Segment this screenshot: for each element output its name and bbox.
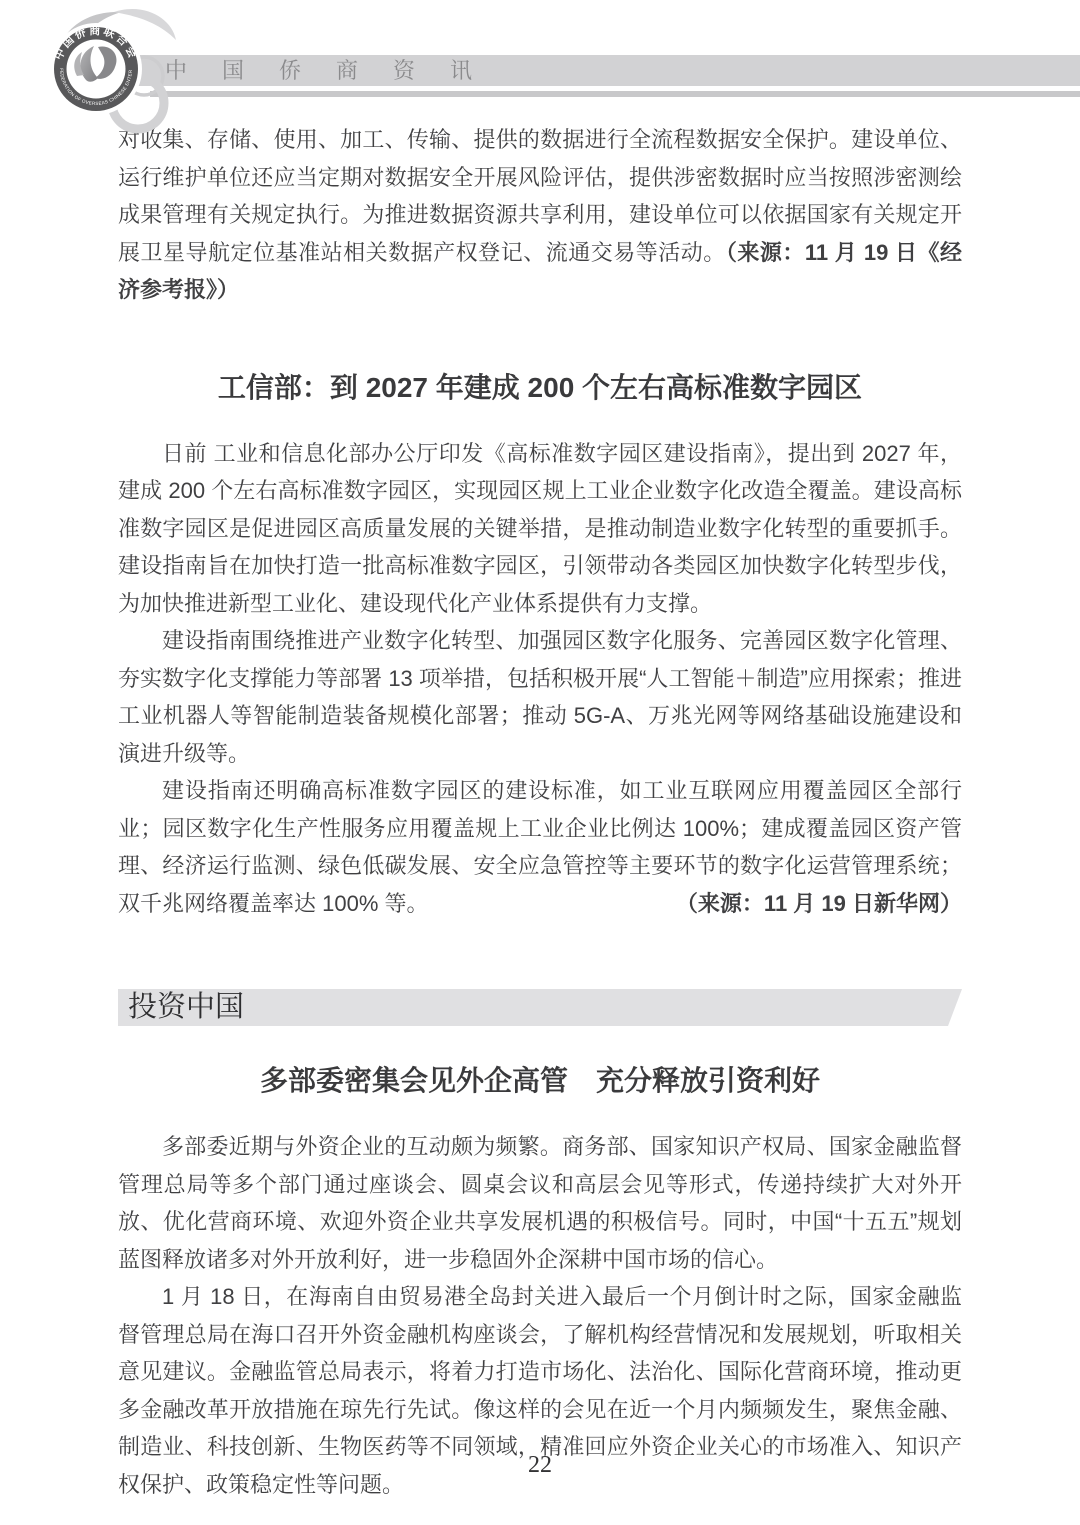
- miit-paragraph-2: 建设指南围绕推进产业数字化转型、加强园区数字化服务、完善园区数字化管理、夯实数字…: [118, 622, 962, 772]
- section-banner-invest-china: 投资中国: [118, 989, 962, 1026]
- miit-paragraph-1: 日前 工业和信息化部办公厅印发《高标准数字园区建设指南》，提出到 2027 年，…: [118, 435, 962, 623]
- document-page: 中国侨商资讯 中国侨商联合会: [0, 0, 1080, 1525]
- masthead-title: 中国侨商资讯: [165, 55, 507, 86]
- masthead-underline: [150, 91, 1080, 97]
- lead-paragraph: 对收集、存储、使用、加工、传输、提供的数据进行全流程数据安全保护。建设单位、运行…: [118, 121, 962, 309]
- content-column: 对收集、存储、使用、加工、传输、提供的数据进行全流程数据安全保护。建设单位、运行…: [118, 121, 962, 1503]
- article-miit-title: 工信部：到 2027 年建成 200 个左右高标准数字园区: [118, 368, 962, 408]
- miit-paragraph-3: 建设指南还明确高标准数字园区的建设标准，如工业互联网应用覆盖园区全部行业；园区数…: [118, 772, 962, 922]
- invest-paragraph-1: 多部委近期与外资企业的互动颇为频繁。商务部、国家知识产权局、国家金融监督管理总局…: [118, 1128, 962, 1278]
- page-number: 22: [0, 1452, 1080, 1479]
- article-invest-title: 多部委密集会见外企高管 充分释放引资利好: [118, 1061, 962, 1101]
- section-banner-label: 投资中国: [128, 991, 244, 1023]
- miit-source-citation: （来源：11 月 19 日新华网）: [632, 885, 962, 923]
